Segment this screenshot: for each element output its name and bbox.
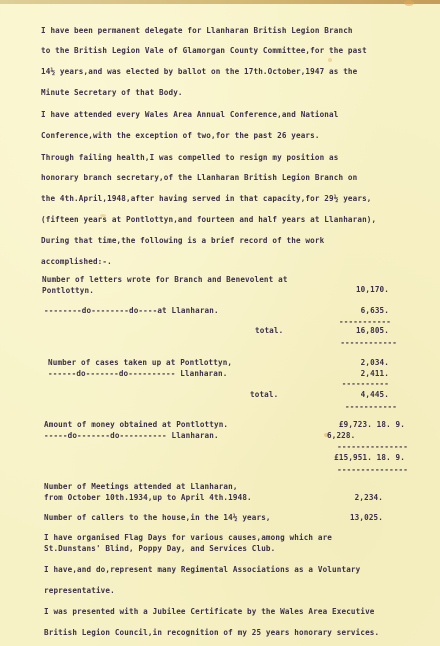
meetings-label: Number of Meetings attended at Llanharan… <box>44 482 238 492</box>
rule-line: ------------ <box>340 338 397 348</box>
money-label: -----do-------do---------- Llanharan. <box>44 431 219 441</box>
paper-top-edge <box>0 0 440 4</box>
text-line: the 4th.April,1948,after having served i… <box>41 194 372 204</box>
text-line: St.Dunstans' Blind, Poppy Day, and Servi… <box>44 544 275 554</box>
text-line: Through failing health,I was compelled t… <box>41 153 338 163</box>
document-page: I have been permanent delegate for Llanh… <box>0 0 440 646</box>
rule-line: --------------- <box>337 442 408 452</box>
text-line: to the British Legion Vale of Glamorgan … <box>41 46 367 56</box>
paper-stain <box>404 0 414 6</box>
text-line: I have attended every Wales Area Annual … <box>41 110 338 120</box>
cases-total-value: 4,445. <box>361 390 389 400</box>
letters-total-value: 16,805. <box>356 326 389 336</box>
meetings-value: 2,234. <box>355 493 383 503</box>
text-line: (fifteen years at Pontlottyn,and fourtee… <box>41 215 376 225</box>
cases-value: 2,411. <box>361 369 389 379</box>
letters-value: 6,635. <box>361 306 389 316</box>
letters-label: Pontlottyn. <box>42 286 94 296</box>
text-line: representative. <box>44 586 115 596</box>
paper-stain <box>328 58 332 62</box>
callers-value: 13,025. <box>350 513 383 523</box>
text-line: I have organised Flag Days for various c… <box>44 533 332 543</box>
letters-value: 10,170. <box>356 285 389 295</box>
text-line: accomplished:-. <box>41 257 112 267</box>
letters-total-label: total. <box>255 326 283 336</box>
rule-line: ---------- <box>342 379 389 389</box>
money-total-value: £15,951. 18. 9. <box>334 453 405 463</box>
text-line: I have been permanent delegate for Llanh… <box>41 26 353 36</box>
rule-line: --------------- <box>337 465 408 475</box>
cases-value: 2,034. <box>361 358 389 368</box>
cases-total-label: total. <box>250 390 278 400</box>
text-line: Conference,with the exception of two,for… <box>41 131 320 141</box>
cases-label: ------do-------do---------- Llanharan. <box>48 369 227 379</box>
text-line: I have,and do,represent many Regimental … <box>44 565 360 575</box>
callers-label: Number of callers to the house,in the 14… <box>44 513 271 523</box>
letters-label: --------do--------do----at Llanharan. <box>44 306 219 316</box>
text-line: honorary branch secretary,of the Llanhar… <box>41 173 357 183</box>
text-line: British Legion Council,in recognition of… <box>44 628 379 638</box>
cases-label: Number of cases taken up at Pontlottyn, <box>48 358 232 368</box>
text-line: During that time,the following is a brie… <box>41 236 324 246</box>
meetings-label: from October 10th.1934,up to April 4th.1… <box>44 493 252 503</box>
rule-line: ----------- <box>345 402 397 412</box>
text-line: Minute Secretary of that Body. <box>41 88 183 98</box>
text-line: 14½ years,and was elected by ballot on t… <box>41 67 357 77</box>
money-value: 6,228. <box>327 431 355 441</box>
letters-label: Number of letters wrote for Branch and B… <box>42 275 288 285</box>
money-label: Amount of money obtained at Pontlottyn. <box>44 420 228 430</box>
money-value: £9,723. 18. 9. <box>339 420 405 430</box>
text-line: I was presented with a Jubilee Certifica… <box>44 607 375 617</box>
